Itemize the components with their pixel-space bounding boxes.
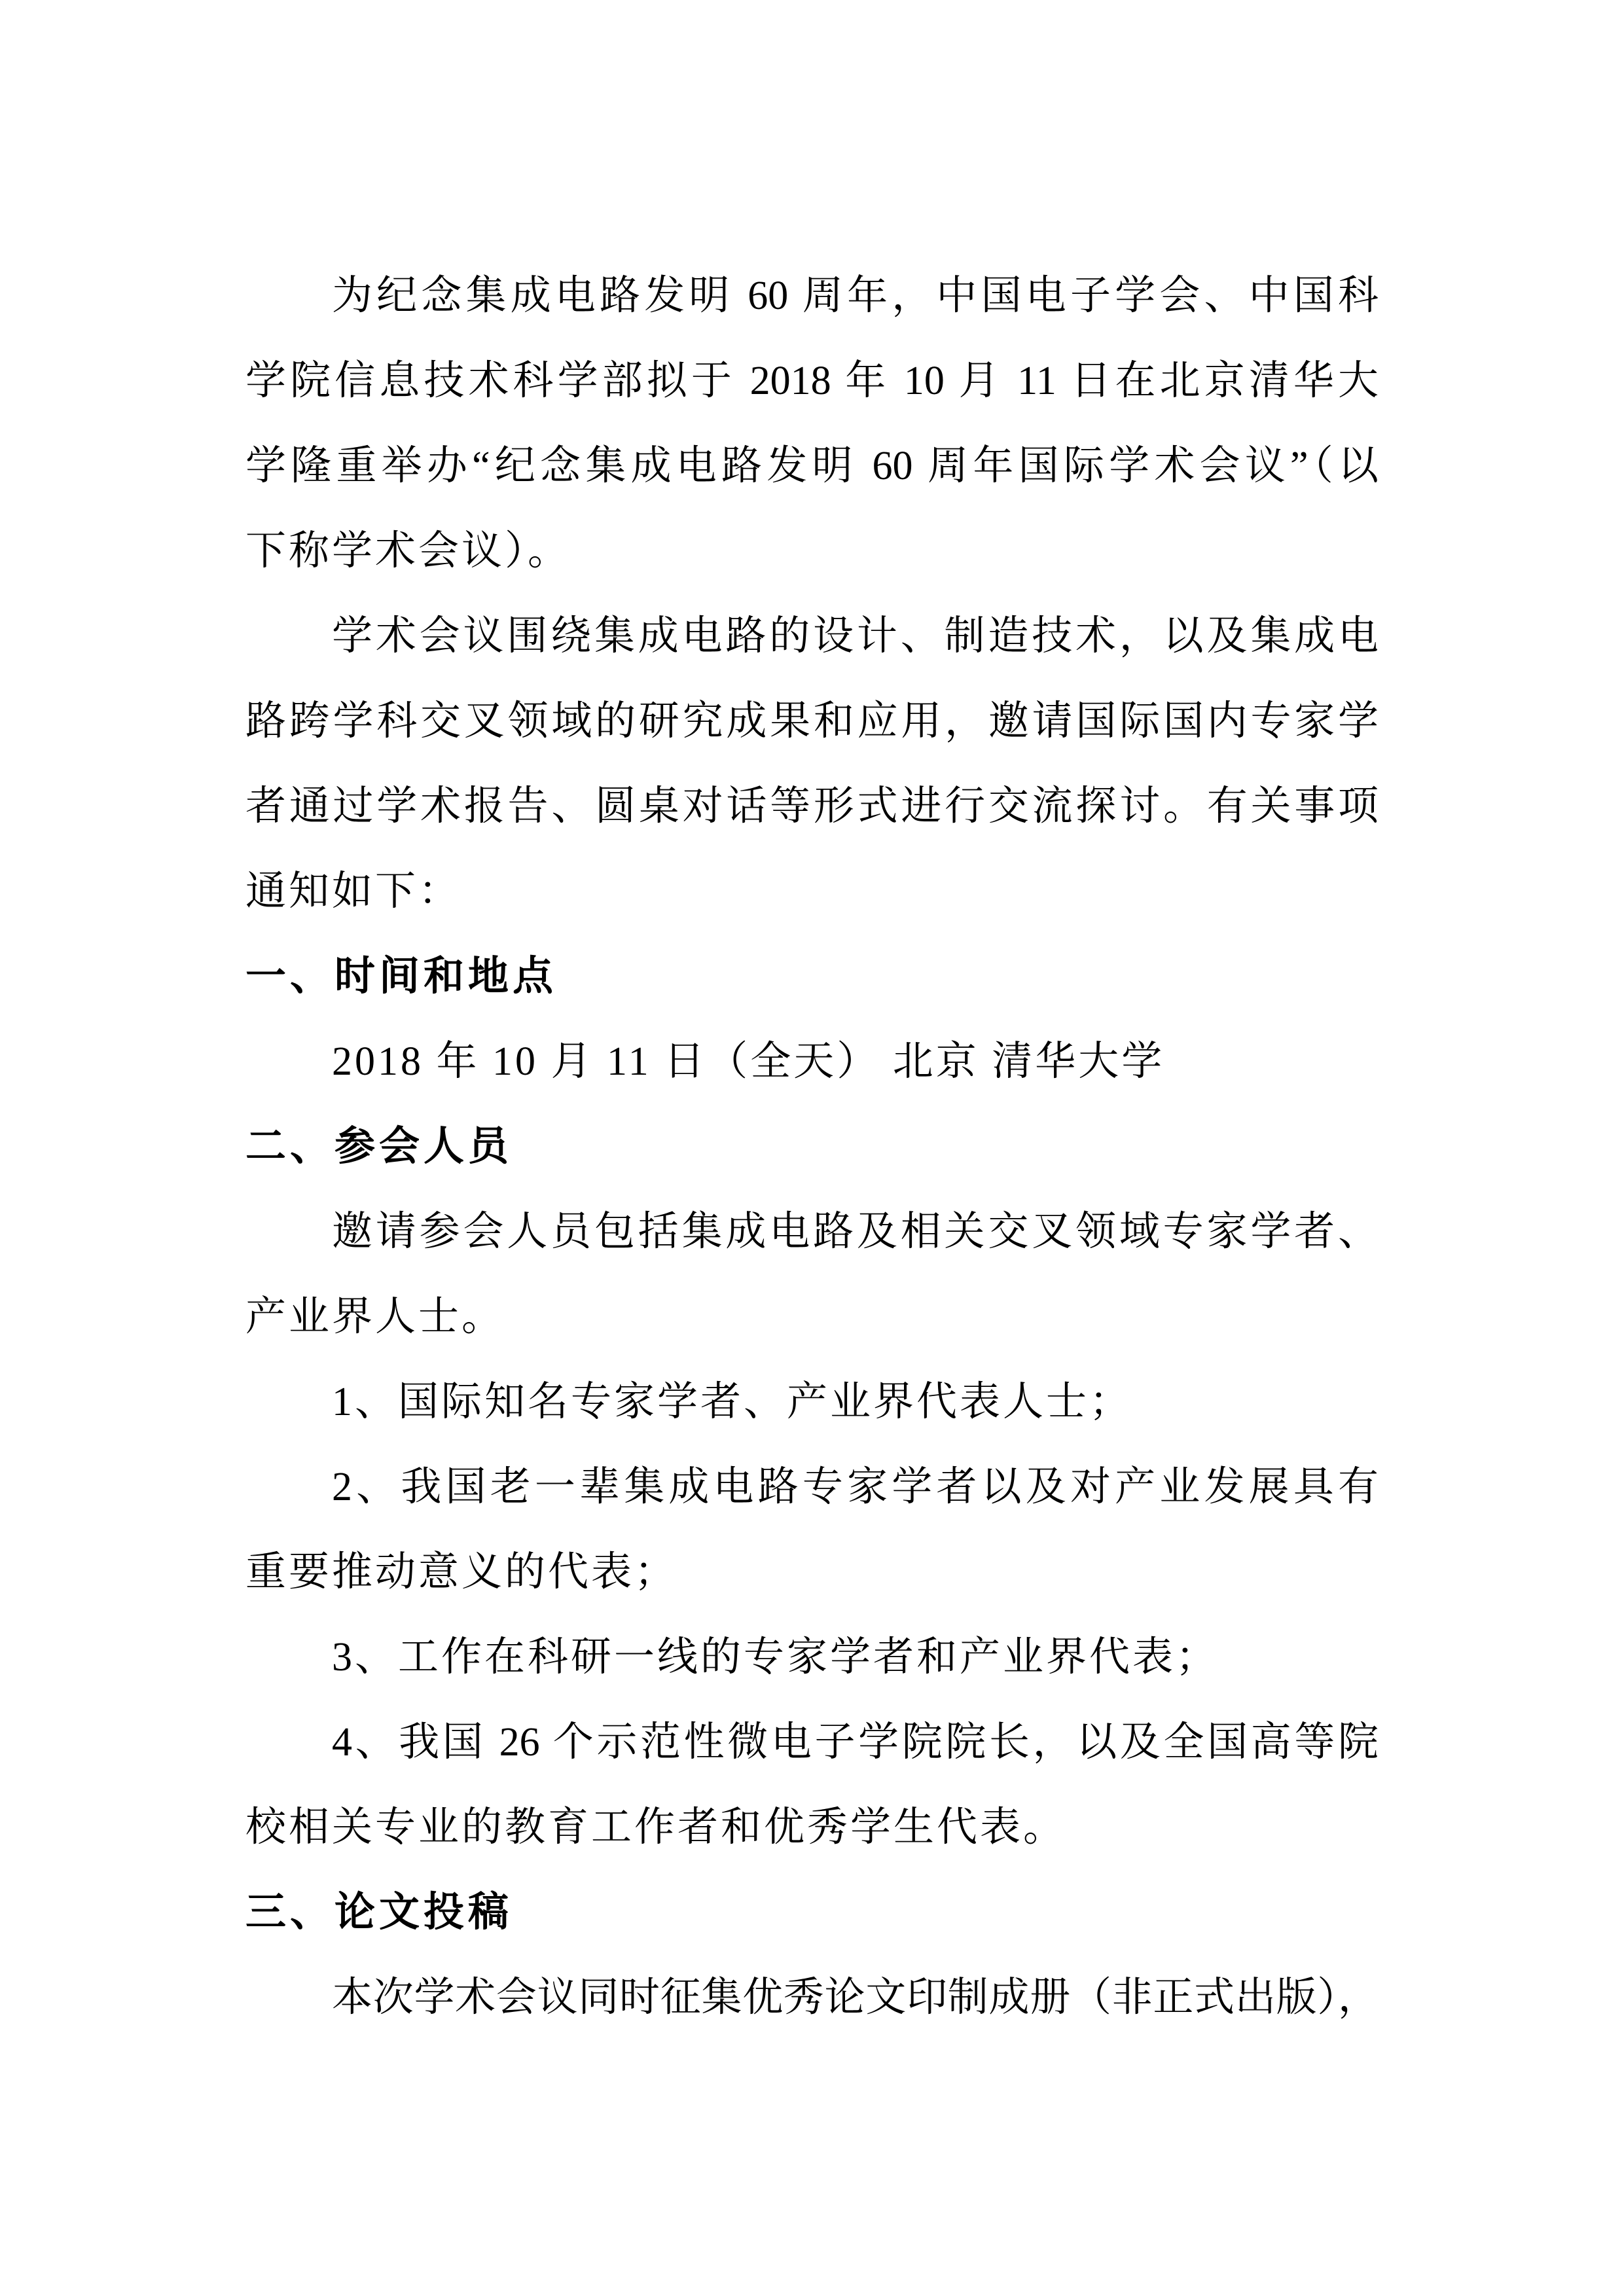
paragraph-line: 学隆重举办“纪念集成电路发明 60 周年国际学术会议”（以 [245, 423, 1379, 509]
date-location-line: 2018 年 10 月 11 日（全天） 北京 清华大学 [245, 1019, 1379, 1104]
paragraph-line: 下称学术会议）。 [245, 509, 1379, 594]
document-page: 为纪念集成电路发明 60 周年，中国电子学会、中国科 学院信息技术科学部拟于 2… [0, 0, 1624, 2296]
section-heading-participants: 二、参会人员 [245, 1104, 1379, 1189]
paragraph-line: 学院信息技术科学部拟于 2018 年 10 月 11 日在北京清华大 [245, 338, 1379, 423]
section-heading-paper-submission: 三、论文投稿 [245, 1870, 1379, 1955]
paragraph-line: 通知如下： [245, 849, 1379, 934]
paragraph-line: 产业界人士。 [245, 1274, 1379, 1359]
section-heading-time-place: 一、时间和地点 [245, 934, 1379, 1019]
list-item-continuation: 校相关专业的教育工作者和优秀学生代表。 [245, 1785, 1379, 1870]
list-item: 1、国际知名专家学者、产业界代表人士； [245, 1359, 1379, 1444]
list-item: 2、我国老一辈集成电路专家学者以及对产业发展具有 [245, 1444, 1379, 1530]
list-item: 3、工作在科研一线的专家学者和产业界代表； [245, 1615, 1379, 1700]
paragraph-line: 者通过学术报告、圆桌对话等形式进行交流探讨。有关事项 [245, 764, 1379, 849]
paragraph-line: 邀请参会人员包括集成电路及相关交叉领域专家学者、 [245, 1189, 1379, 1274]
paragraph-line: 学术会议围绕集成电路的设计、制造技术，以及集成电 [245, 594, 1379, 679]
list-item-continuation: 重要推动意义的代表； [245, 1530, 1379, 1615]
paragraph-line: 本次学术会议同时征集优秀论文印制成册（非正式出版）， [245, 1955, 1379, 2040]
paragraph-line: 路跨学科交叉领域的研究成果和应用，邀请国际国内专家学 [245, 679, 1379, 764]
paragraph-line: 为纪念集成电路发明 60 周年，中国电子学会、中国科 [245, 253, 1379, 338]
list-item: 4、我国 26 个示范性微电子学院院长，以及全国高等院 [245, 1700, 1379, 1785]
